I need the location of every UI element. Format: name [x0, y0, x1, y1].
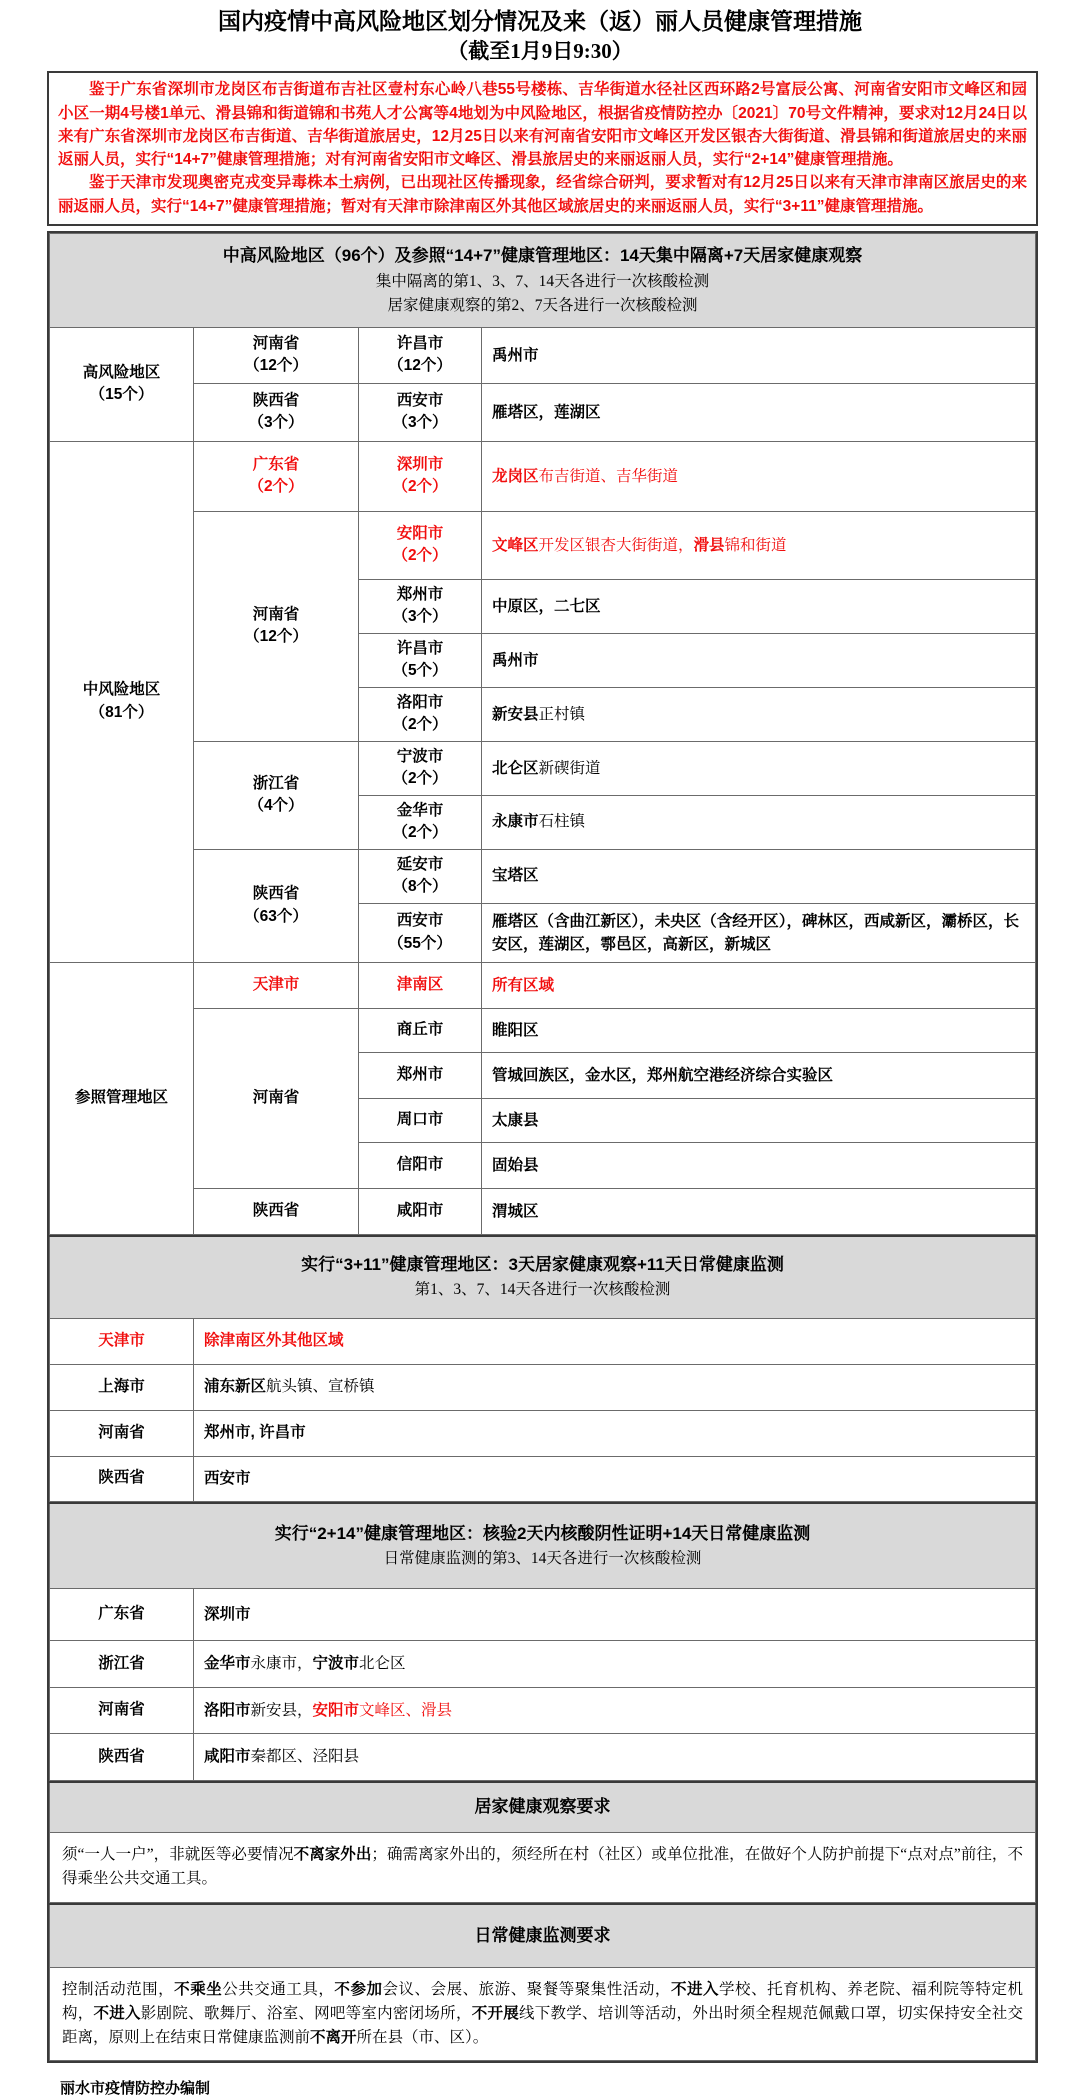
title-line-1: 国内疫情中高风险地区划分情况及来（返）丽人员健康管理措施 [0, 6, 1080, 37]
area-cell: 龙岗区布吉街道、吉华街道 [482, 441, 1036, 511]
notice-paragraph-1: 鉴于广东省深圳市龙岗区布吉街道布吉社区壹村东心岭八巷55号楼栋、吉华街道水径社区… [58, 78, 1027, 171]
city-cell: 郑州市 [359, 1053, 482, 1099]
table-row: 河南省 （12个） 安阳市 （2个） 文峰区开发区银杏大街街道，滑县锦和街道 [50, 511, 1036, 579]
home-observation-body: 须“一人一户”，非就医等必要情况不离家外出；确需离家外出的，须经所在村（社区）或… [50, 1832, 1036, 1902]
city-cell: 安阳市 （2个） [359, 511, 482, 579]
province-cell: 陕西省 [50, 1734, 194, 1781]
area-cell: 深圳市 [194, 1589, 1036, 1641]
section-header-row: 实行“3+11”健康管理地区：3天居家健康观察+11天日常健康监测 第1、3、7… [50, 1236, 1036, 1318]
section-subtitle-1: 日常健康监测的第3、14天各进行一次核酸检测 [56, 1547, 1029, 1571]
table-row: 参照管理地区 天津市 津南区 所有区域 [50, 963, 1036, 1009]
notice-box: 鉴于广东省深圳市龙岗区布吉街道布吉社区壹村东心岭八巷55号楼栋、吉华街道水径社区… [47, 71, 1038, 226]
notice-paragraph-2: 鉴于天津市发现奥密克戎变异毒株本土病例，已出现社区传播现象，经省综合研判，要求暂… [58, 171, 1027, 218]
risk-area-table-2-14: 实行“2+14”健康管理地区：核验2天内核酸阴性证明+14天日常健康监测 日常健… [49, 1502, 1036, 1782]
section-title: 中高风险地区（96个）及参照“14+7”健康管理地区：14天集中隔离+7天居家健… [56, 243, 1029, 269]
category-cell-high-risk: 高风险地区 （15个） [50, 327, 194, 441]
city-cell: 西安市 （55个） [359, 903, 482, 963]
province-cell: 河南省 （12个） [194, 327, 359, 383]
area-cell: 禹州市 [482, 327, 1036, 383]
province-cell: 陕西省 （3个） [194, 383, 359, 441]
table-row: 上海市 浦东新区航头镇、宣桥镇 [50, 1364, 1036, 1410]
province-cell: 河南省 [50, 1410, 194, 1456]
section-header-daily-monitoring: 日常健康监测要求 [50, 1904, 1036, 1968]
area-cell: 北仑区新碶街道 [482, 741, 1036, 795]
table-row: 陕西省 西安市 [50, 1456, 1036, 1501]
area-cell: 西安市 [194, 1456, 1036, 1501]
city-cell: 宁波市 （2个） [359, 741, 482, 795]
daily-monitoring-body: 控制活动范围，不乘坐公共交通工具，不参加会议、会展、旅游、聚餐等聚集性活动，不进… [50, 1968, 1036, 2061]
area-cell: 郑州市, 许昌市 [194, 1410, 1036, 1456]
province-cell: 上海市 [50, 1364, 194, 1410]
table-row: 河南省 商丘市 睢阳区 [50, 1009, 1036, 1053]
category-cell-reference: 参照管理地区 [50, 963, 194, 1235]
city-cell: 津南区 [359, 963, 482, 1009]
area-cell: 新安县正村镇 [482, 687, 1036, 741]
table-row: 陕西省 （63个） 延安市 （8个） 宝塔区 [50, 849, 1036, 903]
area-cell: 所有区域 [482, 963, 1036, 1009]
province-cell: 浙江省 （4个） [194, 741, 359, 849]
area-cell: 浦东新区航头镇、宣桥镇 [194, 1364, 1036, 1410]
area-cell: 咸阳市秦都区、泾阳县 [194, 1734, 1036, 1781]
section-title: 实行“2+14”健康管理地区：核验2天内核酸阴性证明+14天日常健康监测 [56, 1521, 1029, 1547]
province-cell: 陕西省 [194, 1189, 359, 1235]
area-cell: 除津南区外其他区域 [194, 1318, 1036, 1364]
category-cell-mid-risk: 中风险地区 （81个） [50, 441, 194, 962]
risk-area-table-14-7: 中高风险地区（96个）及参照“14+7”健康管理地区：14天集中隔离+7天居家健… [49, 233, 1036, 1235]
section-header-row: 中高风险地区（96个）及参照“14+7”健康管理地区：14天集中隔离+7天居家健… [50, 233, 1036, 327]
risk-area-table-3-11: 实行“3+11”健康管理地区：3天居家健康观察+11天日常健康监测 第1、3、7… [49, 1235, 1036, 1502]
area-cell: 永康市石柱镇 [482, 795, 1036, 849]
section-header-row: 实行“2+14”健康管理地区：核验2天内核酸阴性证明+14天日常健康监测 日常健… [50, 1503, 1036, 1589]
city-cell: 延安市 （8个） [359, 849, 482, 903]
table-row: 广东省 深圳市 [50, 1589, 1036, 1641]
section-body-row: 须“一人一户”，非就医等必要情况不离家外出；确需离家外出的，须经所在村（社区）或… [50, 1832, 1036, 1902]
section-header-row: 居家健康观察要求 [50, 1782, 1036, 1832]
document-footer: 丽水市疫情防控办编制 [60, 2077, 1080, 2098]
city-cell: 深圳市 （2个） [359, 441, 482, 511]
section-header-3-11: 实行“3+11”健康管理地区：3天居家健康观察+11天日常健康监测 第1、3、7… [50, 1236, 1036, 1318]
province-cell: 广东省 （2个） [194, 441, 359, 511]
document-page: 国内疫情中高风险地区划分情况及来（返）丽人员健康管理措施 （截至1月9日9:30… [0, 0, 1080, 2098]
table-row: 河南省 郑州市, 许昌市 [50, 1410, 1036, 1456]
home-observation-section: 居家健康观察要求 须“一人一户”，非就医等必要情况不离家外出；确需离家外出的，须… [49, 1781, 1036, 1903]
section-title: 居家健康观察要求 [56, 1794, 1029, 1820]
area-cell: 金华市永康市，宁波市北仑区 [194, 1641, 1036, 1688]
area-cell: 洛阳市新安县，安阳市文峰区、滑县 [194, 1688, 1036, 1734]
section-header-14-7: 中高风险地区（96个）及参照“14+7”健康管理地区：14天集中隔离+7天居家健… [50, 233, 1036, 327]
section-body-row: 控制活动范围，不乘坐公共交通工具，不参加会议、会展、旅游、聚餐等聚集性活动，不进… [50, 1968, 1036, 2061]
city-cell: 西安市 （3个） [359, 383, 482, 441]
section-header-2-14: 实行“2+14”健康管理地区：核验2天内核酸阴性证明+14天日常健康监测 日常健… [50, 1503, 1036, 1589]
section-title: 实行“3+11”健康管理地区：3天居家健康观察+11天日常健康监测 [56, 1252, 1029, 1278]
section-title: 日常健康监测要求 [56, 1923, 1029, 1949]
table-row: 河南省 洛阳市新安县，安阳市文峰区、滑县 [50, 1688, 1036, 1734]
area-cell: 宝塔区 [482, 849, 1036, 903]
province-cell: 河南省 [50, 1688, 194, 1734]
city-cell: 金华市 （2个） [359, 795, 482, 849]
area-cell: 管城回族区，金水区，郑州航空港经济综合实验区 [482, 1053, 1036, 1099]
document-title: 国内疫情中高风险地区划分情况及来（返）丽人员健康管理措施 （截至1月9日9:30… [0, 6, 1080, 65]
table-row: 高风险地区 （15个） 河南省 （12个） 许昌市 （12个） 禹州市 [50, 327, 1036, 383]
area-cell: 太康县 [482, 1099, 1036, 1143]
table-row: 陕西省 （3个） 西安市 （3个） 雁塔区，莲湖区 [50, 383, 1036, 441]
city-cell: 洛阳市 （2个） [359, 687, 482, 741]
province-cell: 广东省 [50, 1589, 194, 1641]
table-row: 陕西省 咸阳市 渭城区 [50, 1189, 1036, 1235]
city-cell: 商丘市 [359, 1009, 482, 1053]
area-cell: 禹州市 [482, 633, 1036, 687]
city-cell: 信阳市 [359, 1143, 482, 1189]
province-cell: 浙江省 [50, 1641, 194, 1688]
section-subtitle-1: 集中隔离的第1、3、7、14天各进行一次核酸检测 [56, 270, 1029, 294]
province-cell: 河南省 （12个） [194, 511, 359, 741]
title-line-2: （截至1月9日9:30） [0, 37, 1080, 65]
section-subtitle-2: 居家健康观察的第2、7天各进行一次核酸检测 [56, 294, 1029, 318]
table-row: 中风险地区 （81个） 广东省 （2个） 深圳市 （2个） 龙岗区布吉街道、吉华… [50, 441, 1036, 511]
area-cell: 睢阳区 [482, 1009, 1036, 1053]
area-cell: 中原区，二七区 [482, 579, 1036, 633]
area-cell: 雁塔区，莲湖区 [482, 383, 1036, 441]
tables-container: 中高风险地区（96个）及参照“14+7”健康管理地区：14天集中隔离+7天居家健… [47, 231, 1038, 2063]
city-cell: 咸阳市 [359, 1189, 482, 1235]
daily-monitoring-section: 日常健康监测要求 控制活动范围，不乘坐公共交通工具，不参加会议、会展、旅游、聚餐… [49, 1903, 1036, 2062]
table-row: 天津市 除津南区外其他区域 [50, 1318, 1036, 1364]
table-row: 陕西省 咸阳市秦都区、泾阳县 [50, 1734, 1036, 1781]
province-cell: 陕西省 （63个） [194, 849, 359, 962]
area-cell: 固始县 [482, 1143, 1036, 1189]
area-cell: 文峰区开发区银杏大街街道，滑县锦和街道 [482, 511, 1036, 579]
city-cell: 许昌市 （5个） [359, 633, 482, 687]
province-cell: 河南省 [194, 1009, 359, 1189]
area-cell: 渭城区 [482, 1189, 1036, 1235]
table-row: 浙江省 （4个） 宁波市 （2个） 北仑区新碶街道 [50, 741, 1036, 795]
province-cell: 天津市 [194, 963, 359, 1009]
city-cell: 郑州市 （3个） [359, 579, 482, 633]
section-header-home-observation: 居家健康观察要求 [50, 1782, 1036, 1832]
province-cell: 天津市 [50, 1318, 194, 1364]
city-cell: 周口市 [359, 1099, 482, 1143]
city-cell: 许昌市 （12个） [359, 327, 482, 383]
section-subtitle-1: 第1、3、7、14天各进行一次核酸检测 [56, 1278, 1029, 1302]
area-cell: 雁塔区（含曲江新区），未央区（含经开区），碑林区，西咸新区，灞桥区，长安区，莲湖… [482, 903, 1036, 963]
section-header-row: 日常健康监测要求 [50, 1904, 1036, 1968]
table-row: 浙江省 金华市永康市，宁波市北仑区 [50, 1641, 1036, 1688]
province-cell: 陕西省 [50, 1456, 194, 1501]
